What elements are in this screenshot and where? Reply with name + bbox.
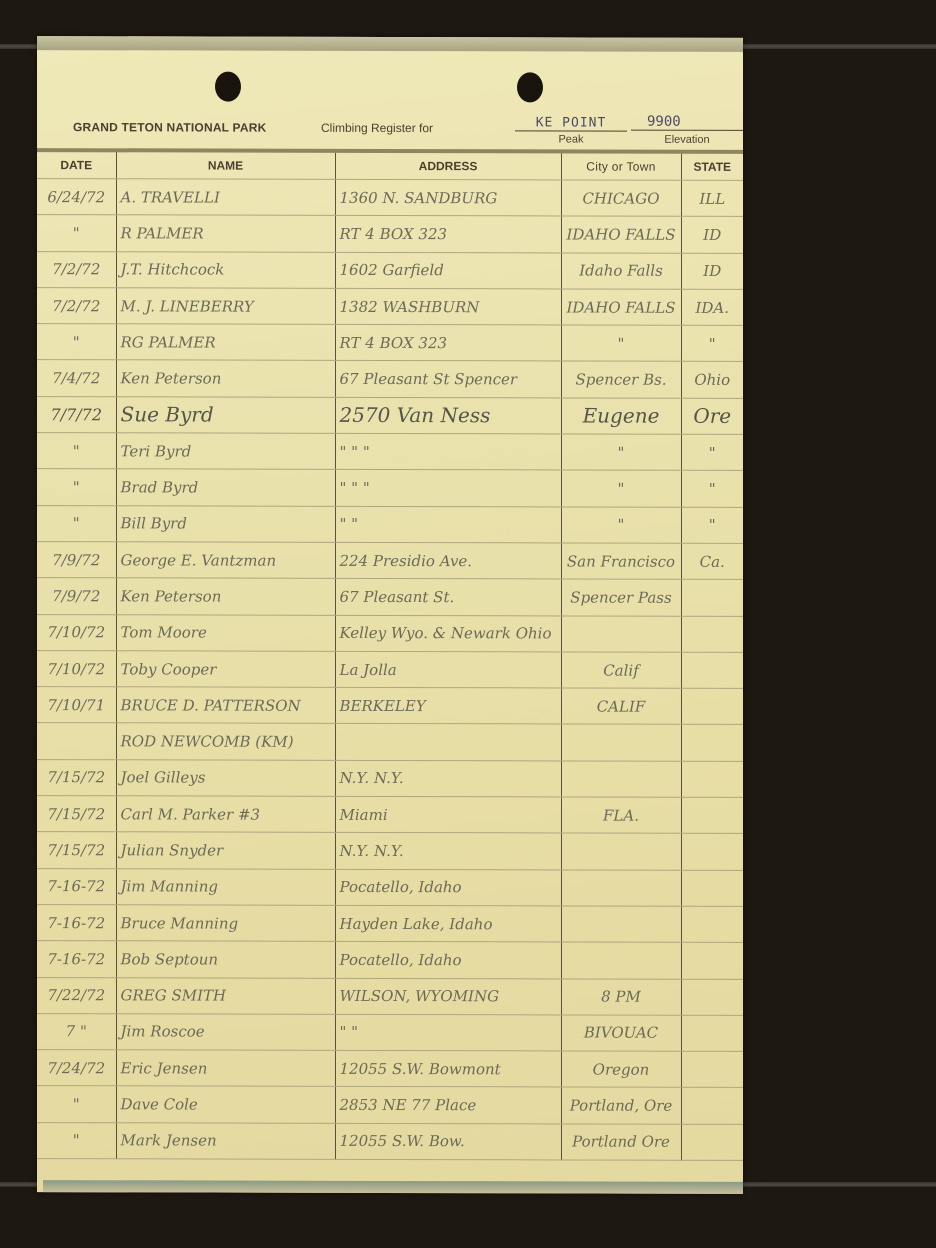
entry-name: J.T. Hitchcock [116,251,335,288]
entry-address: 1382 WASHBURN [335,288,561,325]
register-entry-row: 7/15/72Carl M. Parker #3MiamiFLA. [37,796,743,834]
entry-date: 7/9/72 [37,542,116,579]
entry-state: Ore [681,398,743,434]
entry-state [681,834,743,870]
entry-city: CALIF [561,688,681,725]
binding-strip [37,36,743,52]
entry-name: Brad Byrd [116,469,335,506]
entry-state [681,616,743,652]
column-header-date: DATE [37,152,116,179]
entry-city: " [561,470,681,507]
entry-state: ILL [681,180,743,216]
entry-date: 7-16-72 [37,905,116,942]
entry-date: 7/22/72 [37,977,116,1014]
register-entry-row: 7/9/72Ken Peterson67 Pleasant St.Spencer… [37,578,743,616]
entry-address: Kelley Wyo. & Newark Ohio [335,615,561,652]
entry-address [335,724,561,761]
register-entry-row: 7/15/72Joel GilleysN.Y. N.Y. [37,759,743,797]
entry-date: 7/9/72 [37,578,116,615]
entry-city [561,833,681,870]
entry-city: IDAHO FALLS [561,289,681,326]
entry-city: " [561,325,681,362]
register-entry-row: "R PALMERRT 4 BOX 323IDAHO FALLSID [37,215,743,253]
entry-name: Mark Jensen [116,1123,335,1160]
entry-date: " [37,324,116,361]
entry-name: Jim Roscoe [116,1014,335,1051]
entry-date: 7/15/72 [37,796,116,833]
entry-city: Portland, Ore [561,1087,681,1124]
entry-name: Tom Moore [116,614,335,651]
entry-state [681,1124,743,1160]
entry-name: Jim Manning [116,868,335,905]
entry-state: Ca. [681,543,743,579]
entry-date: 7/10/71 [37,687,116,724]
entry-name: Toby Cooper [116,651,335,688]
entry-state: " [681,471,743,507]
entry-city [561,906,681,943]
entry-address: N.Y. N.Y. [335,833,561,870]
entry-address: Miami [335,796,561,833]
entry-date: 7 " [37,1013,116,1050]
entry-date: " [37,469,116,506]
entry-date: 7/10/72 [37,650,116,687]
entry-address: WILSON, WYOMING [335,978,561,1015]
entry-address: RT 4 BOX 323 [335,325,561,362]
entry-date: 7/2/72 [37,287,116,324]
entry-state: " [681,434,743,470]
register-label: Climbing Register for [321,121,433,135]
register-entry-row: 7/22/72GREG SMITHWILSON, WYOMING8 PM [37,977,743,1015]
entry-city: Spencer Bs. [561,361,681,398]
register-entry-row: "Bill Byrd" """ [37,505,743,543]
register-entry-row: 7/7/72Sue Byrd2570 Van NessEugeneOre [37,396,743,434]
entry-state [681,725,743,761]
register-entry-row: "Brad Byrd" " """ [37,469,743,507]
register-entry-row: 7/4/72Ken Peterson67 Pleasant St Spencer… [37,360,743,398]
entry-date: 7-16-72 [37,868,116,905]
entry-name: Sue Byrd [116,397,335,434]
register-entry-row: 7/2/72J.T. Hitchcock1602 GarfieldIdaho F… [37,251,743,289]
register-entry-row: "Teri Byrd" " """ [37,433,743,471]
entry-state [681,906,743,942]
entry-address: 12055 S.W. Bow. [335,1123,561,1160]
entry-address: " " " [335,470,561,507]
peak-name: KE POINT [515,115,627,131]
entry-city: " [561,507,681,544]
entry-name: RG PALMER [116,324,335,361]
entry-address: 2570 Van Ness [335,397,561,434]
entry-state [681,1088,743,1124]
entry-state [681,979,743,1015]
entry-date [37,723,116,760]
entry-name: Carl M. Parker #3 [116,796,335,833]
column-header-row: DATE NAME ADDRESS City or Town STATE [37,152,743,180]
entry-state [681,688,743,724]
register-entry-row: 7-16-72Bruce ManningHayden Lake, Idaho [37,905,743,943]
punch-hole-left [215,72,241,102]
entry-city: Eugene [561,398,681,435]
entry-city: IDAHO FALLS [561,216,681,253]
entry-address: 1602 Garfield [335,252,561,289]
entry-date: " [37,1086,116,1123]
register-entry-row: ROD NEWCOMB (KM) [37,723,743,761]
entry-city [561,761,681,798]
register-entry-row: "Mark Jensen12055 S.W. Bow.Portland Ore [37,1122,743,1160]
column-header-city: City or Town [561,153,681,180]
register-entry-row: 7-16-72Jim ManningPocatello, Idaho [37,868,743,906]
entry-city: CHICAGO [561,180,681,217]
entry-name: Bruce Manning [116,905,335,942]
entry-address: Pocatello, Idaho [335,942,561,979]
entry-address: 224 Presidio Ave. [335,542,561,579]
entry-city [561,870,681,907]
elevation-label: Elevation [631,134,743,146]
entry-city: Idaho Falls [561,253,681,290]
entry-state [681,942,743,978]
entry-city: Calif [561,652,681,689]
entry-city: Oregon [561,1051,681,1088]
register-header: GRAND TETON NATIONAL PARK Climbing Regis… [37,106,743,148]
entry-date: 7-16-72 [37,941,116,978]
register-entry-row: "Dave Cole2853 NE 77 PlacePortland, Ore [37,1086,743,1124]
column-header-name: NAME [116,152,335,179]
register-table: DATE NAME ADDRESS City or Town STATE 6/2… [37,152,743,1161]
entry-state: IDA. [681,289,743,325]
register-entry-row: 7/10/72Toby CooperLa JollaCalif [37,650,743,688]
entry-state [681,797,743,833]
entry-city [561,942,681,979]
entry-address: 1360 N. SANDBURG [335,179,561,216]
entry-name: R PALMER [116,215,335,252]
entry-date: 6/24/72 [37,179,116,216]
entry-address: " " " [335,433,561,470]
register-table-wrap: DATE NAME ADDRESS City or Town STATE 6/2… [37,148,743,1161]
entry-city: Portland Ore [561,1124,681,1161]
entry-name: Bob Septoun [116,941,335,978]
entry-address: 67 Pleasant St Spencer [335,361,561,398]
entry-state [681,1015,743,1051]
entry-address: 2853 NE 77 Place [335,1087,561,1124]
entry-state [681,761,743,797]
entry-state [681,870,743,906]
entry-city: FLA. [561,797,681,834]
bottom-binding-strip [43,1180,743,1194]
entry-date: 7/15/72 [37,759,116,796]
entry-city [561,724,681,761]
entry-state: Ohio [681,362,743,398]
punch-hole-right [517,72,543,102]
entry-date: 7/4/72 [37,360,116,397]
entry-state: " [681,507,743,543]
entry-date: 7/2/72 [37,251,116,288]
entry-state [681,652,743,688]
entry-city: 8 PM [561,978,681,1015]
entry-name: Teri Byrd [116,433,335,470]
entry-city: San Francisco [561,543,681,580]
entry-state: " [681,325,743,361]
entry-city: BIVOUAC [561,1015,681,1052]
entry-address: " " [335,506,561,543]
entry-date: 7/10/72 [37,614,116,651]
entry-city: " [561,434,681,471]
entry-name: Joel Gilleys [116,760,335,797]
entry-name: Bill Byrd [116,505,335,542]
entry-address: Pocatello, Idaho [335,869,561,906]
climbing-register-sheet: GRAND TETON NATIONAL PARK Climbing Regis… [37,36,743,1194]
register-entry-row: "RG PALMERRT 4 BOX 323"" [37,324,743,362]
entry-name: Ken Peterson [116,360,335,397]
entry-name: A. TRAVELLI [116,179,335,216]
entry-date: 7/15/72 [37,832,116,869]
entry-address: N.Y. N.Y. [335,760,561,797]
entry-state [681,580,743,616]
entry-name: BRUCE D. PATTERSON [116,687,335,724]
entry-name: George E. Vantzman [116,542,335,579]
entry-date: 7/24/72 [37,1050,116,1087]
entry-date: " [37,1122,116,1159]
entry-address: 12055 S.W. Bowmont [335,1050,561,1087]
register-entry-row: 7/10/71BRUCE D. PATTERSONBERKELEYCALIF [37,687,743,725]
entry-state [681,1051,743,1087]
entry-city [561,616,681,653]
entry-state: ID [681,217,743,253]
entry-name: Ken Peterson [116,578,335,615]
entry-state: ID [681,253,743,289]
entry-address: 67 Pleasant St. [335,579,561,616]
entry-name: GREG SMITH [116,977,335,1014]
entry-date: " [37,433,116,470]
entry-date: 7/7/72 [37,396,116,433]
entry-address: " " [335,1014,561,1051]
column-header-state: STATE [681,154,743,181]
entry-name: Dave Cole [116,1086,335,1123]
register-entry-row: 6/24/72A. TRAVELLI1360 N. SANDBURGCHICAG… [37,179,743,217]
register-entries: 6/24/72A. TRAVELLI1360 N. SANDBURGCHICAG… [37,179,743,1161]
entry-date: " [37,215,116,252]
register-entry-row: 7/15/72Julian SnyderN.Y. N.Y. [37,832,743,870]
peak-label: Peak [515,133,627,145]
entry-name: Eric Jensen [116,1050,335,1087]
register-entry-row: 7/2/72M. J. LINEBERRY1382 WASHBURNIDAHO … [37,287,743,325]
entry-name: ROD NEWCOMB (KM) [116,723,335,760]
register-entry-row: 7/10/72Tom MooreKelley Wyo. & Newark Ohi… [37,614,743,652]
entry-name: Julian Snyder [116,832,335,869]
park-name: GRAND TETON NATIONAL PARK [73,120,266,135]
entry-address: La Jolla [335,651,561,688]
register-entry-row: 7/9/72George E. Vantzman224 Presidio Ave… [37,542,743,580]
entry-address: Hayden Lake, Idaho [335,905,561,942]
column-header-address: ADDRESS [335,153,561,180]
elevation-value: 9900 [631,114,743,131]
entry-address: BERKELEY [335,688,561,725]
entry-name: M. J. LINEBERRY [116,288,335,325]
register-entry-row: 7/24/72Eric Jensen12055 S.W. BowmontOreg… [37,1050,743,1088]
register-entry-row: 7 "Jim Roscoe" "BIVOUAC [37,1013,743,1051]
entry-address: RT 4 BOX 323 [335,216,561,253]
entry-date: " [37,505,116,542]
entry-city: Spencer Pass [561,579,681,616]
register-entry-row: 7-16-72Bob SeptounPocatello, Idaho [37,941,743,979]
